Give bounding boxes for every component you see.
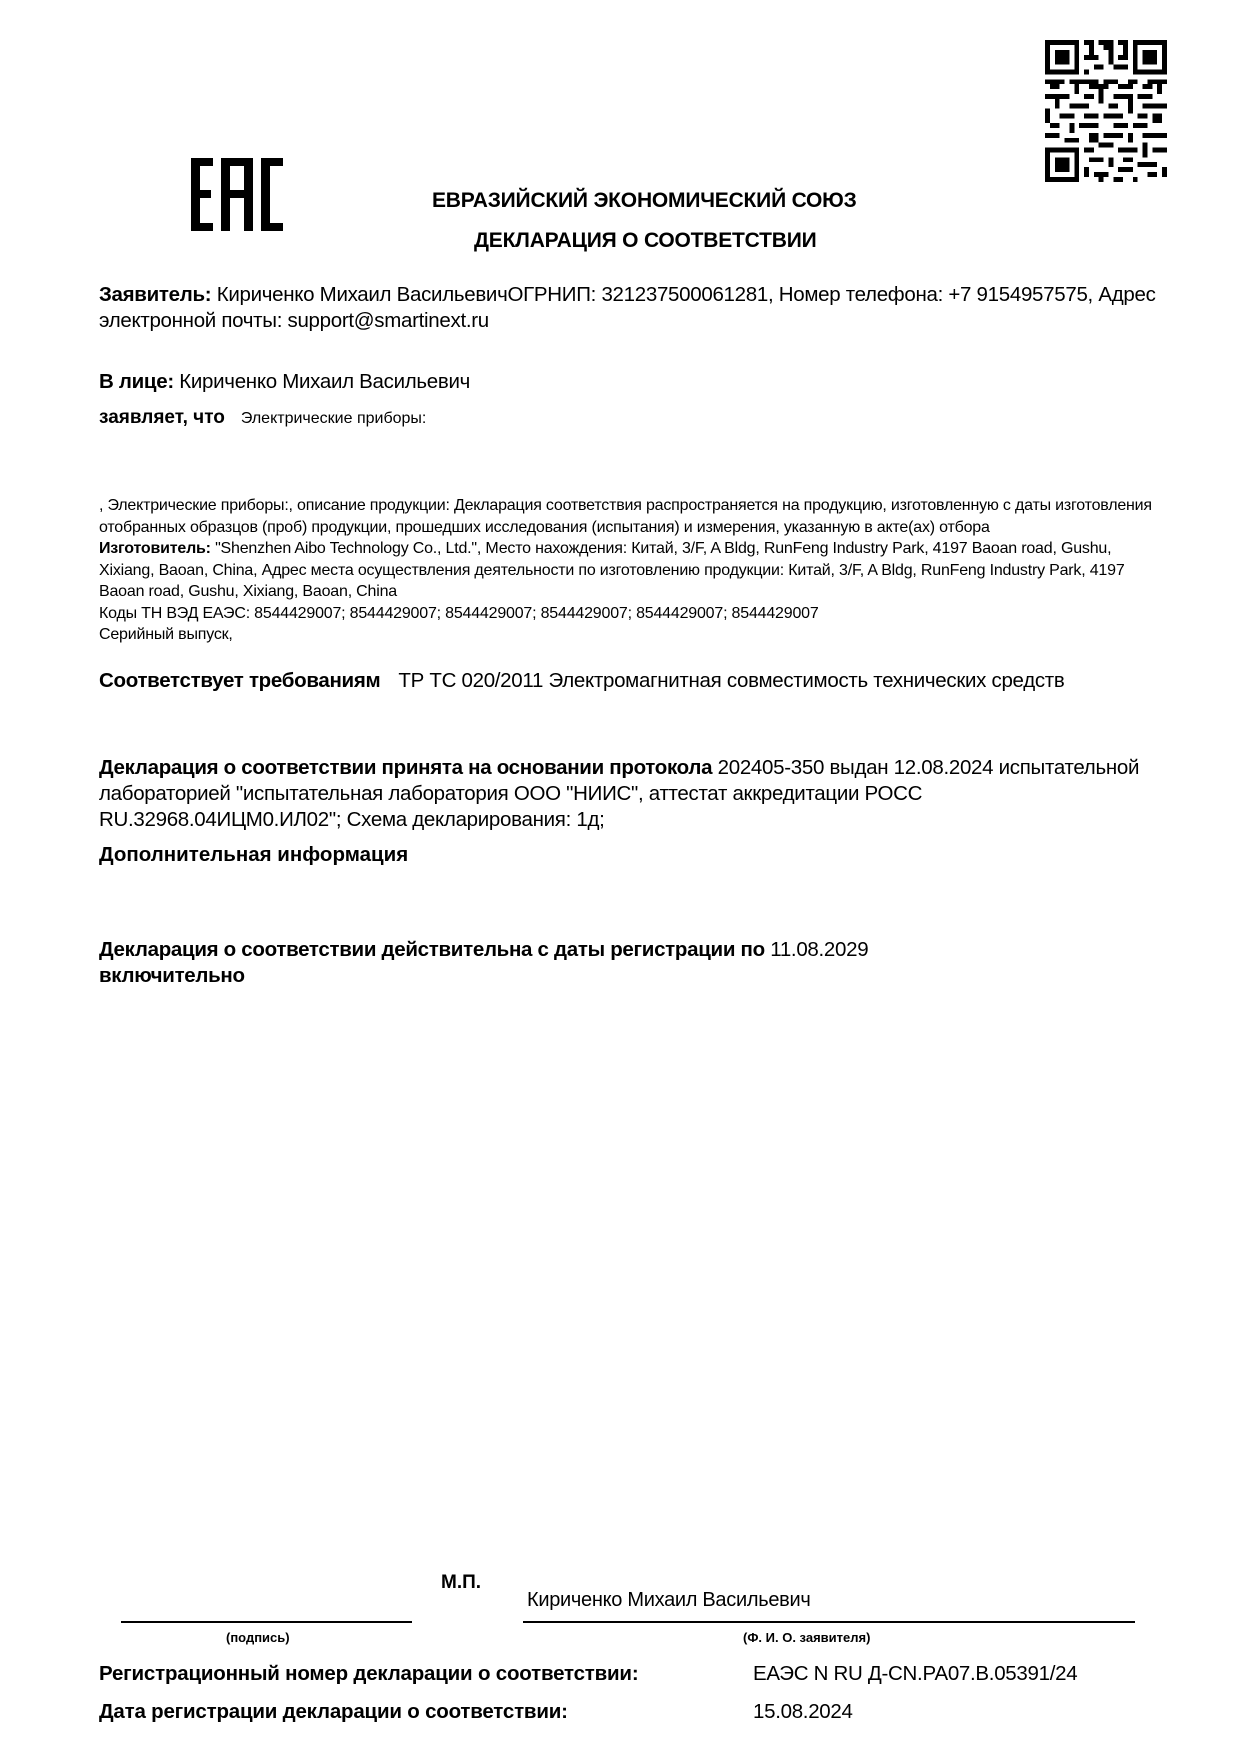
applicant-fio: Кириченко Михаил Васильевич [527,1589,810,1612]
release-type: Серийный выпуск, [99,624,1169,646]
declares-value: Электрические приборы: [241,410,426,427]
complies-value: ТР ТС 020/2011 Электромагнитная совмести… [398,669,1064,692]
applicant-label: Заявитель: [99,283,211,306]
union-title: ЕВРАЗИЙСКИЙ ЭКОНОМИЧЕСКИЙ СОЮЗ [432,189,857,213]
additional-info-label: Дополнительная информация [99,843,408,867]
basis-label: Декларация о соответствии принята на осн… [99,756,712,779]
manufacturer: Изготовитель: "Shenzhen Aibo Technology … [99,538,1169,603]
validity-section: Декларация о соответствии действительна … [99,937,1099,989]
signature-caption: (подпись) [226,1630,290,1645]
applicant-section: Заявитель: Кириченко Михаил ВасильевичОГ… [99,282,1159,334]
validity-label: Декларация о соответствии действительна … [99,938,765,961]
fio-line [523,1621,1135,1623]
in-person-section: В лице: Кириченко Михаил Васильевич [99,369,1159,395]
basis-section: Декларация о соответствии принята на осн… [99,755,1169,833]
in-person-value: Кириченко Михаил Васильевич [179,370,470,393]
complies-section: Соответствует требованиямТР ТС 020/2011 … [99,668,1159,694]
validity-date: 11.08.2029 [770,938,868,961]
qr-code-icon [1045,40,1167,182]
manufacturer-label: Изготовитель: [99,540,211,557]
eac-mark-icon [191,158,283,231]
declares-section: заявляет, чтоЭлектрические приборы: [99,407,1159,429]
product-description: , Электрические приборы:, описание проду… [99,495,1169,538]
applicant-value: Кириченко Михаил ВасильевичОГРНИП: 32123… [99,283,1156,332]
fio-caption: (Ф. И. О. заявителя) [743,1630,870,1645]
registration-date-value: 15.08.2024 [753,1700,853,1724]
validity-suffix: включительно [99,964,245,987]
declares-label: заявляет, что [99,407,225,428]
registration-date-label: Дата регистрации декларации о соответств… [99,1700,568,1724]
registration-number-label: Регистрационный номер декларации о соотв… [99,1662,638,1686]
registration-number-value: ЕАЭС N RU Д-CN.РА07.В.05391/24 [753,1662,1077,1686]
complies-label: Соответствует требованиям [99,669,380,692]
stamp-label: М.П. [441,1572,481,1594]
product-section: , Электрические приборы:, описание проду… [99,495,1169,646]
signature-line [121,1621,412,1623]
tnved-codes: Коды ТН ВЭД ЕАЭС: 8544429007; 8544429007… [99,603,1169,625]
in-person-label: В лице: [99,370,174,393]
document-title: ДЕКЛАРАЦИЯ О СООТВЕТСТВИИ [474,229,817,253]
manufacturer-value: "Shenzhen Aibo Technology Co., Ltd.", Ме… [99,540,1125,600]
